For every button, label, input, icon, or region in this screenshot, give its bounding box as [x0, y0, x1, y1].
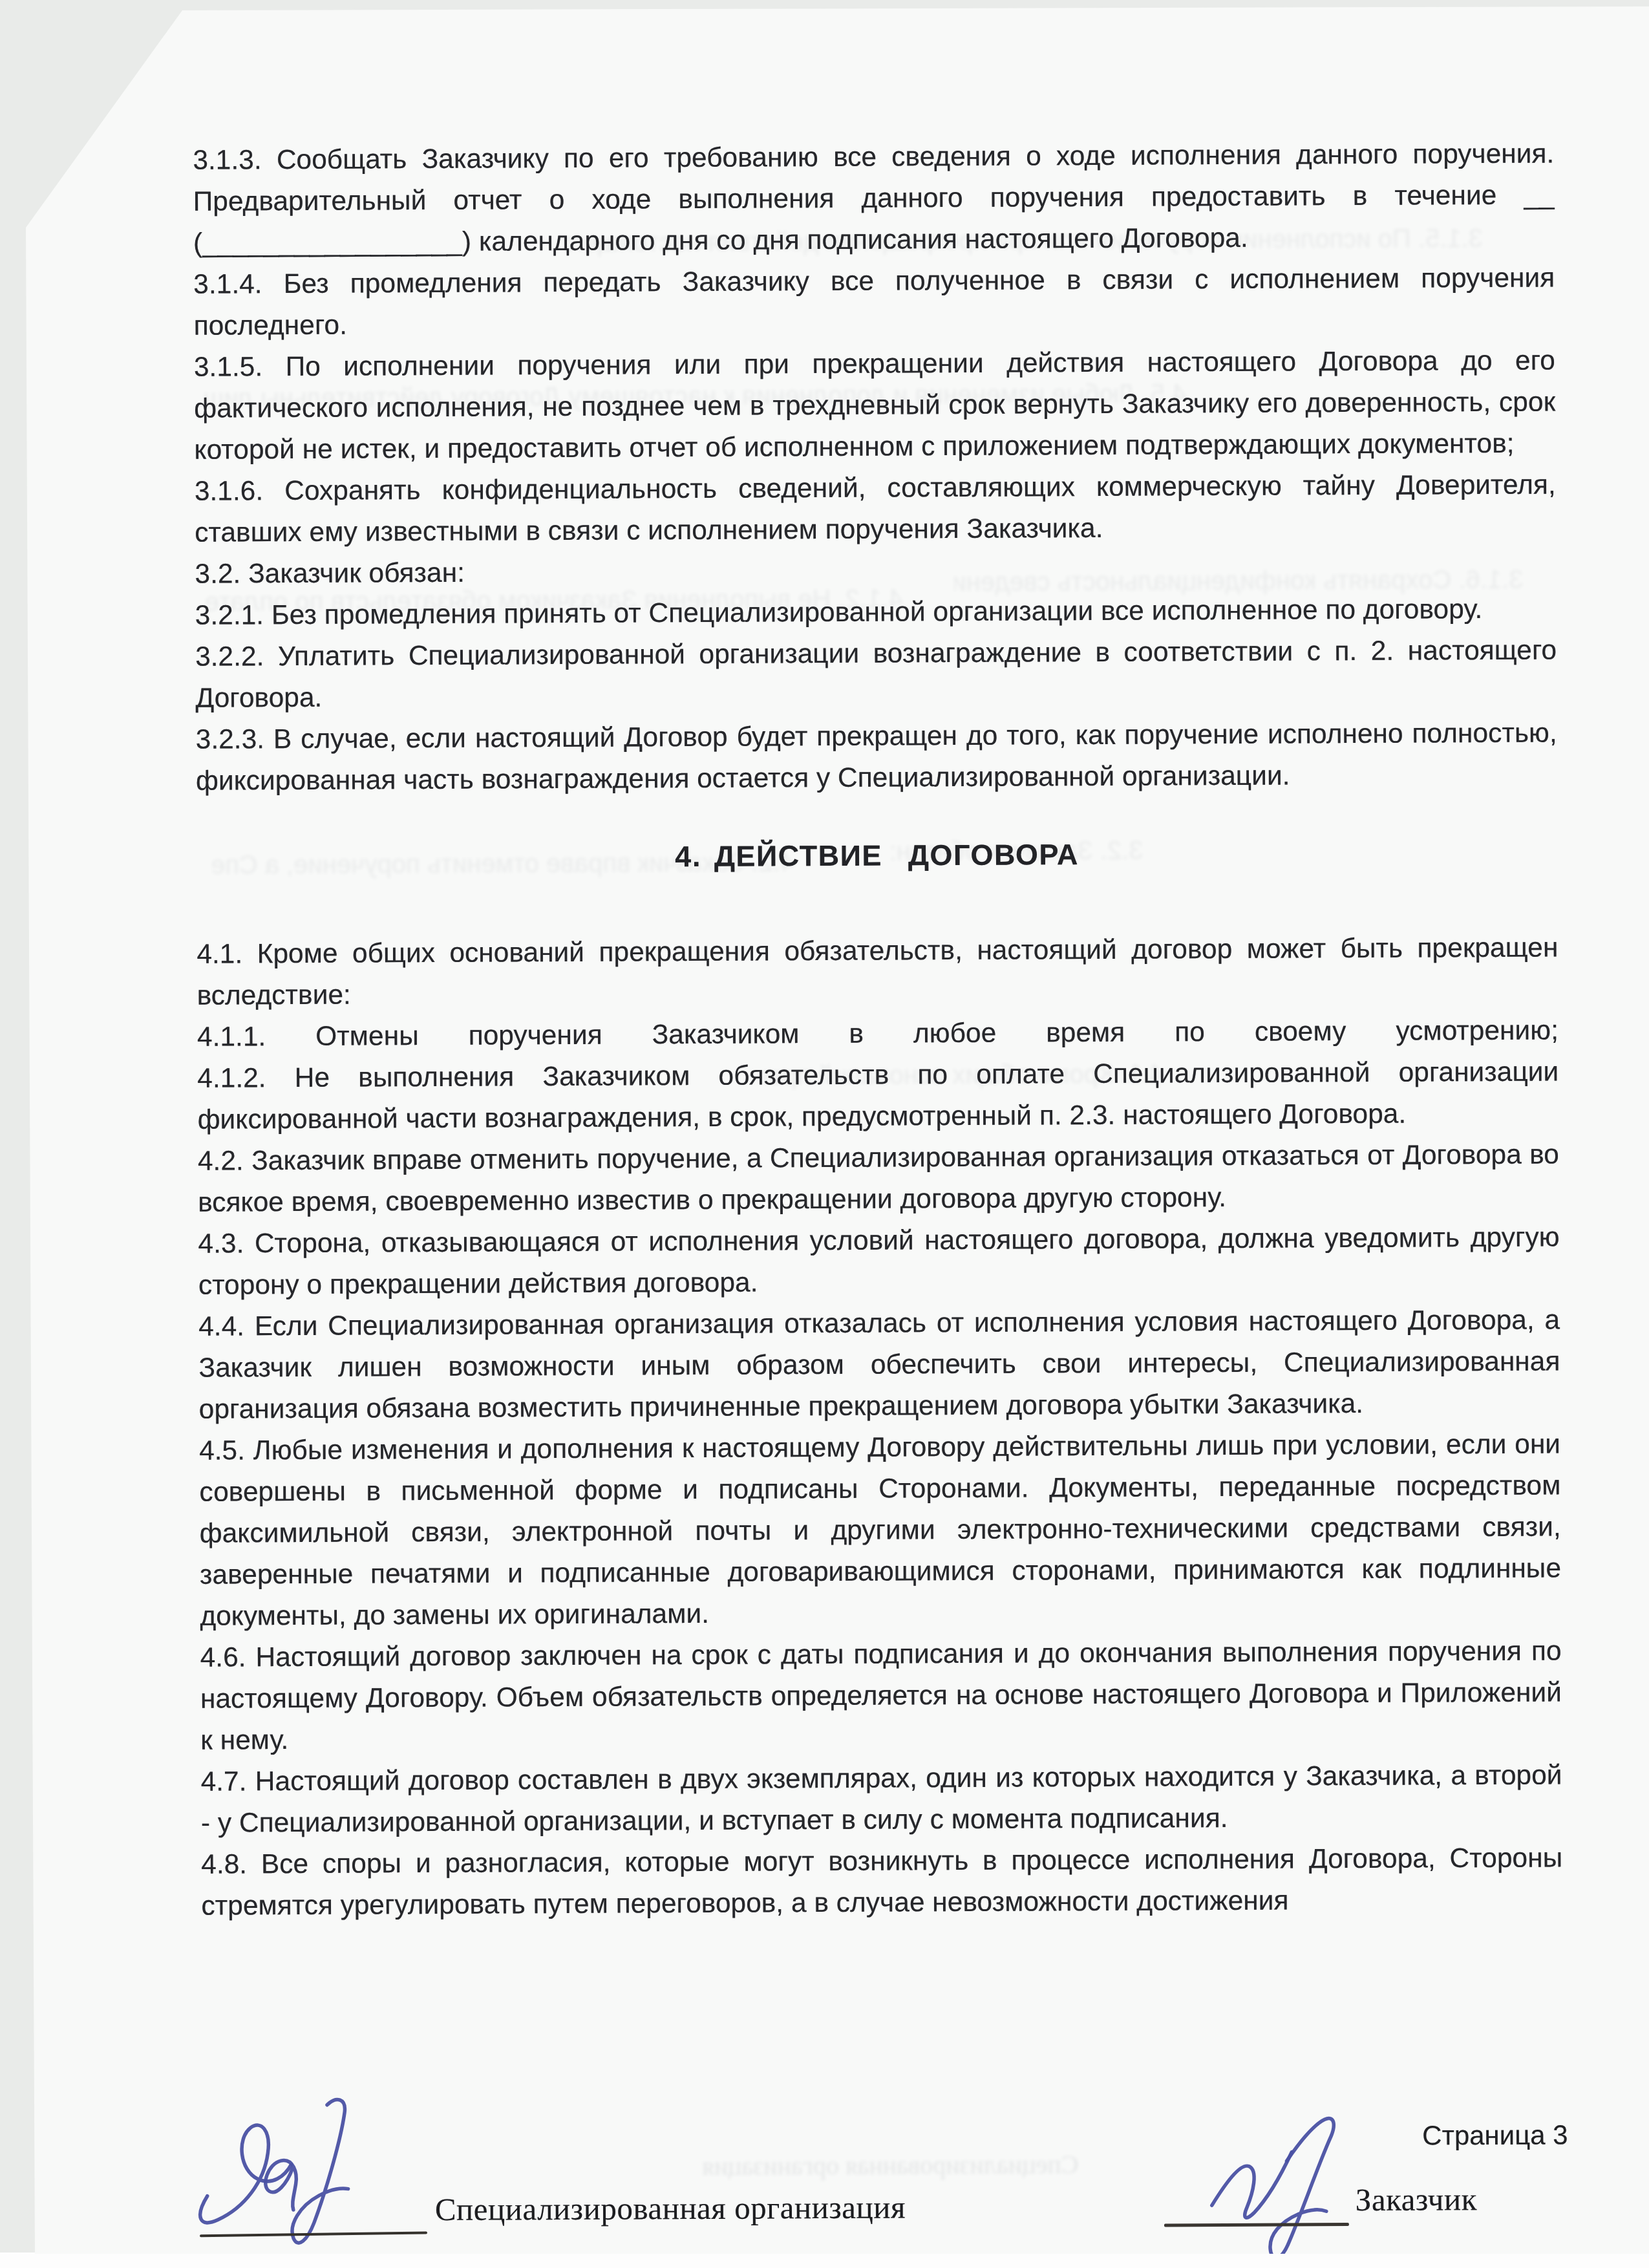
- specialized-org-signature: [194, 2091, 388, 2254]
- page-content: 3.1.5. По исполнении поручения или при п…: [0, 0, 1649, 2268]
- clause-4-1-1: 4.1.1. Отмены поручения Заказчиком в люб…: [197, 1010, 1559, 1058]
- scanned-contract-page: 3.1.5. По исполнении поручения или при п…: [0, 0, 1649, 2268]
- clause-4-5: 4.5. Любые изменения и дополнения к наст…: [199, 1424, 1562, 1637]
- page-number: Страница 3: [1422, 2119, 1568, 2151]
- customer-label: Заказчик: [1356, 2181, 1477, 2218]
- clause-3-2-1: 3.2.1. Без промедления принять от Специа…: [195, 588, 1557, 636]
- clause-3-1-3: 3.1.3. Сообщать Заказчику по его требова…: [193, 133, 1555, 264]
- clause-3-1-4: 3.1.4. Без промедления передать Заказчик…: [193, 257, 1555, 347]
- clause-3-1-6: 3.1.6. Сохранять конфиденциальность свед…: [195, 464, 1557, 553]
- clause-4-2: 4.2. Заказчик вправе отменить поручение,…: [198, 1134, 1560, 1223]
- clause-4-6: 4.6. Настоящий договор заключен на срок …: [200, 1631, 1562, 1761]
- clause-3-2: 3.2. Заказчик обязан:: [195, 547, 1556, 595]
- contract-body: 3.1.3. Сообщать Заказчику по его требова…: [193, 133, 1562, 1927]
- specialized-org-label: Специализированная организация: [435, 2188, 906, 2228]
- clause-4-4: 4.4. Если Специализированная организация…: [198, 1300, 1560, 1430]
- clause-4-7: 4.7. Настоящий договор составлен в двух …: [200, 1755, 1562, 1844]
- clause-3-1-5: 3.1.5. По исполнении поручения или при п…: [194, 340, 1556, 471]
- clause-4-1: 4.1. Кроме общих оснований прекращения о…: [197, 927, 1559, 1016]
- clause-3-2-3: 3.2.3. В случае, если настоящий Договор …: [196, 712, 1558, 802]
- scanner-background-strip: [0, 2252, 1649, 2268]
- section-4-heading: 4. ДЕЙСТВИЕ ДОГОВОРА: [196, 831, 1557, 879]
- clause-4-3: 4.3. Сторона, отказывающаяся от исполнен…: [198, 1217, 1560, 1306]
- clause-4-1-2: 4.1.2. Не выполнения Заказчиком обязател…: [197, 1051, 1559, 1140]
- bleedthrough-ghost: Специализированная организация: [458, 2149, 1078, 2185]
- clause-3-2-2: 3.2.2. Уплатить Специализированной орган…: [195, 630, 1557, 719]
- paper-sheet: 3.1.5. По исполнении поручения или при п…: [0, 0, 1649, 2268]
- clause-4-8: 4.8. Все споры и разногласия, которые мо…: [201, 1837, 1563, 1927]
